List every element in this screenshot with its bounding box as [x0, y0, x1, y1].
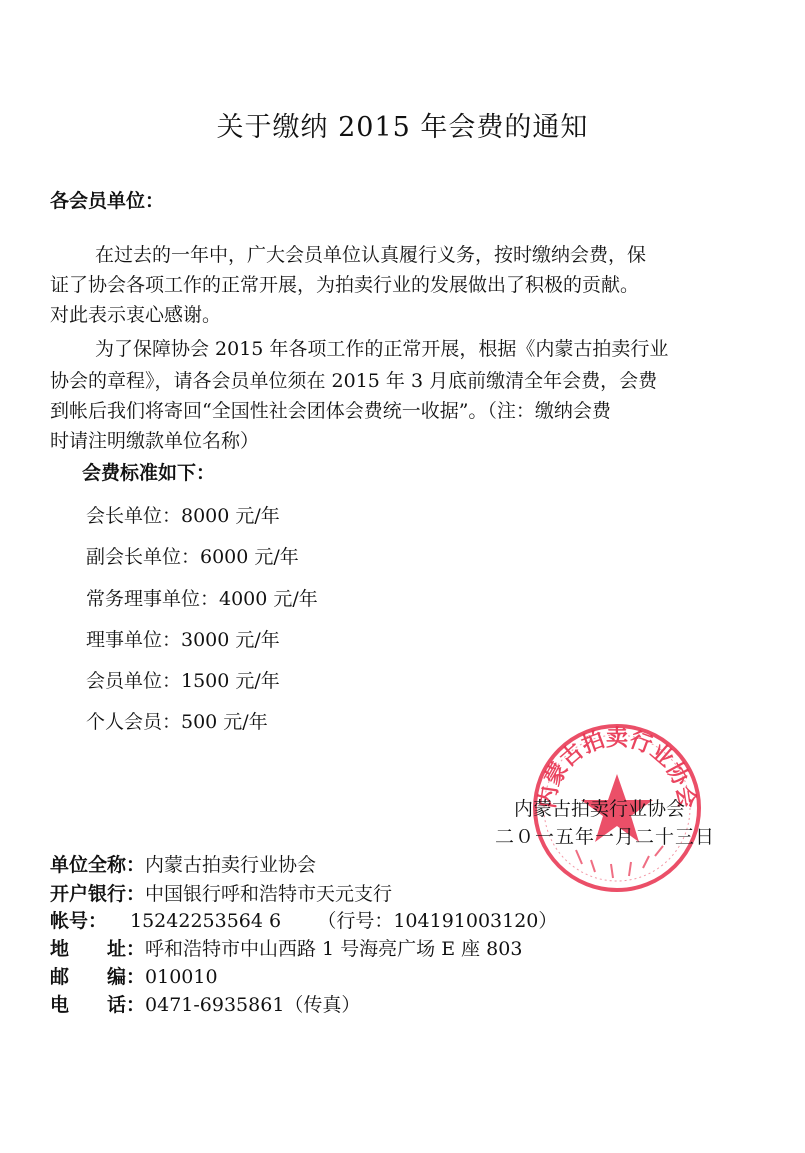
info-label: 电 话： — [50, 990, 145, 1017]
info-row-phone: 电 话：0471-6935861（传真） — [50, 990, 360, 1017]
fee-item: 个人会员：500 元/年 — [86, 707, 268, 734]
info-value: 中国银行呼和浩特市天元支行 — [145, 883, 392, 905]
fee-heading: 会费标准如下： — [82, 458, 215, 485]
info-label: 开户银行： — [50, 879, 145, 906]
paragraph-line: 为了保障协会 2015 年各项工作的正常开展，根据《内蒙古拍卖行业 — [95, 334, 668, 364]
info-label: 地 址： — [50, 934, 145, 961]
paragraph-line: 对此表示衷心感谢。 — [50, 300, 221, 330]
info-row-address: 地 址：呼和浩特市中山西路 1 号海亮广场 E 座 803 — [50, 934, 522, 961]
info-label: 单位全称： — [50, 850, 145, 877]
paragraph-line: 到帐后我们将寄回“全国性社会团体会费统一收据”。（注：缴纳会费 — [50, 396, 611, 426]
info-row-organization: 单位全称：内蒙古拍卖行业协会 — [50, 850, 316, 877]
info-label: 帐号： — [50, 906, 130, 933]
fee-item: 常务理事单位：4000 元/年 — [86, 584, 318, 611]
signature-organization: 内蒙古拍卖行业协会 — [514, 794, 685, 821]
fee-item: 会员单位：1500 元/年 — [86, 666, 280, 693]
paragraph-line: 时请注明缴款单位名称） — [50, 426, 259, 456]
info-row-account: 帐号：15242253564 6 （行号：104191003120） — [50, 906, 557, 933]
paragraph-line: 协会的章程》，请各会员单位须在 2015 年 3 月底前缴清全年会费，会费 — [50, 366, 657, 396]
paragraph-line: 在过去的一年中，广大会员单位认真履行义务，按时缴纳会费，保 — [95, 240, 646, 270]
paragraph-line: 证了协会各项工作的正常开展，为拍卖行业的发展做出了积极的贡献。 — [50, 270, 639, 300]
info-value: 0471-6935861（传真） — [145, 994, 360, 1016]
info-value: 15242253564 6 （行号：104191003120） — [130, 910, 557, 932]
info-row-bank: 开户银行：中国银行呼和浩特市天元支行 — [50, 879, 392, 906]
info-value: 呼和浩特市中山西路 1 号海亮广场 E 座 803 — [145, 938, 522, 960]
info-value: 内蒙古拍卖行业协会 — [145, 854, 316, 876]
salutation: 各会员单位： — [50, 186, 164, 213]
document-title: 关于缴纳 2015 年会费的通知 — [0, 105, 805, 144]
info-row-postcode: 邮 编：010010 — [50, 962, 218, 989]
signature-date: 二０一五年一月二十三日 — [495, 822, 715, 849]
info-label: 邮 编： — [50, 962, 145, 989]
info-value: 010010 — [145, 966, 218, 988]
fee-item: 会长单位：8000 元/年 — [86, 501, 280, 528]
fee-item: 副会长单位：6000 元/年 — [86, 542, 299, 569]
fee-item: 理事单位：3000 元/年 — [86, 625, 280, 652]
